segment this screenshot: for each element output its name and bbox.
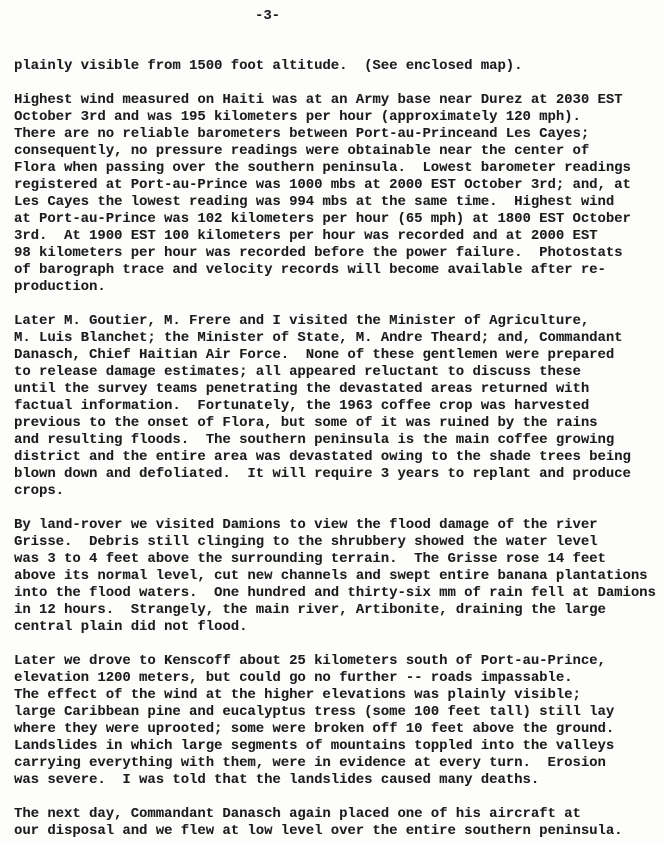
paragraph-ministers-visit: Later M. Goutier, M. Frere and I visited… (14, 313, 663, 500)
paragraph-next-day-flight: The next day, Commandant Danasch again p… (14, 806, 663, 840)
paragraph-continuation: plainly visible from 1500 foot altitude.… (14, 58, 663, 75)
paragraph-wind-measurements: Highest wind measured on Haiti was at an… (14, 92, 663, 296)
paragraph-flood-damage: By land-rover we visited Damions to view… (14, 517, 663, 636)
document-page: -3- plainly visible from 1500 foot altit… (0, 0, 663, 842)
paragraph-kenscoff-drive: Later we drove to Kenscoff about 25 kilo… (14, 653, 663, 789)
page-number: -3- (255, 8, 663, 25)
